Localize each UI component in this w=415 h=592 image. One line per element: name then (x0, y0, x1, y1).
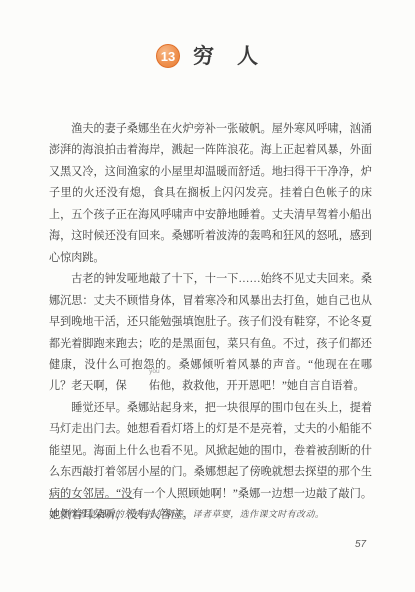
footnote-divider (49, 498, 134, 499)
lesson-title: 穷 人 (193, 46, 259, 67)
article-body: 渔夫的妻子桑娜坐在火炉旁补一张破帆。屋外寒风呼啸，汹涌澎湃的海浪拍击着海岸，溅起… (49, 119, 372, 527)
paragraph: 渔夫的妻子桑娜坐在火炉旁补一张破帆。屋外寒风呼啸，汹涌澎湃的海浪拍击着海岸，溅起… (49, 119, 372, 269)
lesson-number-badge: 13 (156, 44, 180, 68)
textbook-page: 13 穷 人 渔夫的妻子桑娜坐在火炉旁补一张破帆。屋外寒风呼啸，汹涌澎湃的海浪拍… (0, 0, 415, 592)
pinyin-annotated-char: 佑yòu (127, 376, 160, 397)
footnote-text: 本文作者是俄国的列夫·托尔斯泰，译者草婴，选作课文时有改动。 (49, 507, 372, 521)
page-number: 57 (355, 539, 366, 550)
lesson-header: 13 穷 人 (0, 44, 415, 68)
footnote-area: 本文作者是俄国的列夫·托尔斯泰，译者草婴，选作课文时有改动。 (49, 498, 372, 521)
paragraph: 古老的钟发哑地敲了十下，十一下……始终不见丈夫回来。桑娜沉思：丈夫不顾惜身体，冒… (49, 269, 372, 398)
pinyin-annotation: yòu (127, 369, 160, 376)
